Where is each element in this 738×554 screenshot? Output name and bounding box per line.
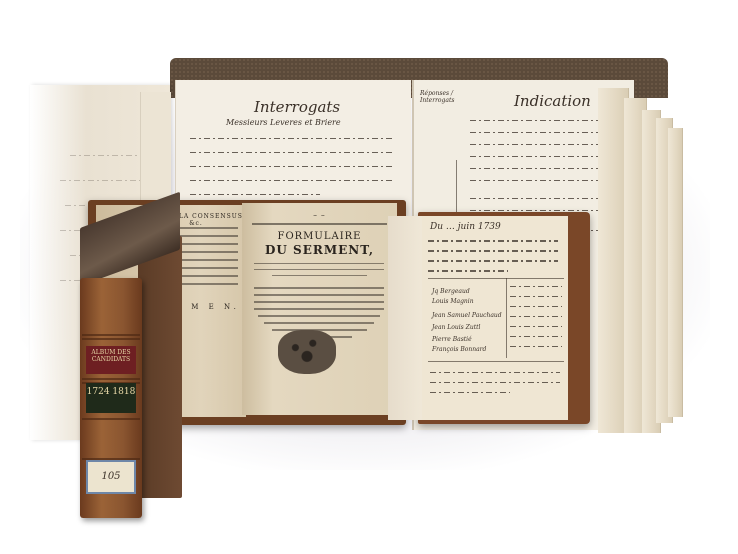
shelf-tag: 105 <box>86 460 136 494</box>
small-manuscript-page: Du … juin 1739 Jq Bergeaud Louis Magnin … <box>422 216 568 420</box>
date-line: Du … juin 1739 <box>430 222 501 232</box>
name-6: François Bonnard <box>432 346 486 353</box>
spine-years-label: 1724 1818 <box>86 383 136 413</box>
spine-title-label: ALBUM DES CANDIDATS <box>86 346 136 374</box>
title-line-2: DU SERMENT, <box>242 243 397 257</box>
amen-footer: A M E N. <box>176 303 240 311</box>
book-side-cover <box>138 236 182 498</box>
printed-book-right-page: ~ ~ FORMULAIRE DU SERMENT, <box>242 203 397 415</box>
interrogats-subheading: Messieurs Leveres et Briere <box>226 118 341 127</box>
indication-heading: Indication <box>514 92 591 110</box>
name-4: Jean Louis Zuttl <box>432 324 480 331</box>
small-manuscript-left-page <box>388 216 424 420</box>
name-2: Louis Magnin <box>432 298 474 305</box>
photo-scene: Interrogats Messieurs Leveres et Briere … <box>0 0 738 554</box>
rule <box>252 223 387 225</box>
indication-margin-note: Réponses / Interrogats <box>420 90 475 104</box>
floral-vignette <box>278 330 336 374</box>
title-line-1: FORMULAIRE <box>242 231 397 242</box>
manuscript-loose-leaves <box>598 88 686 433</box>
name-5: Pierre Bastié <box>432 336 472 343</box>
album-des-candidats-book: ALBUM DES CANDIDATS 1724 1818 105 <box>80 228 184 518</box>
interrogats-heading: Interrogats <box>254 98 340 116</box>
header-ornament: ~ ~ <box>242 213 397 219</box>
name-1: Jq Bergeaud <box>432 288 470 295</box>
name-3: Jean Samuel Pauchaud <box>432 312 502 319</box>
